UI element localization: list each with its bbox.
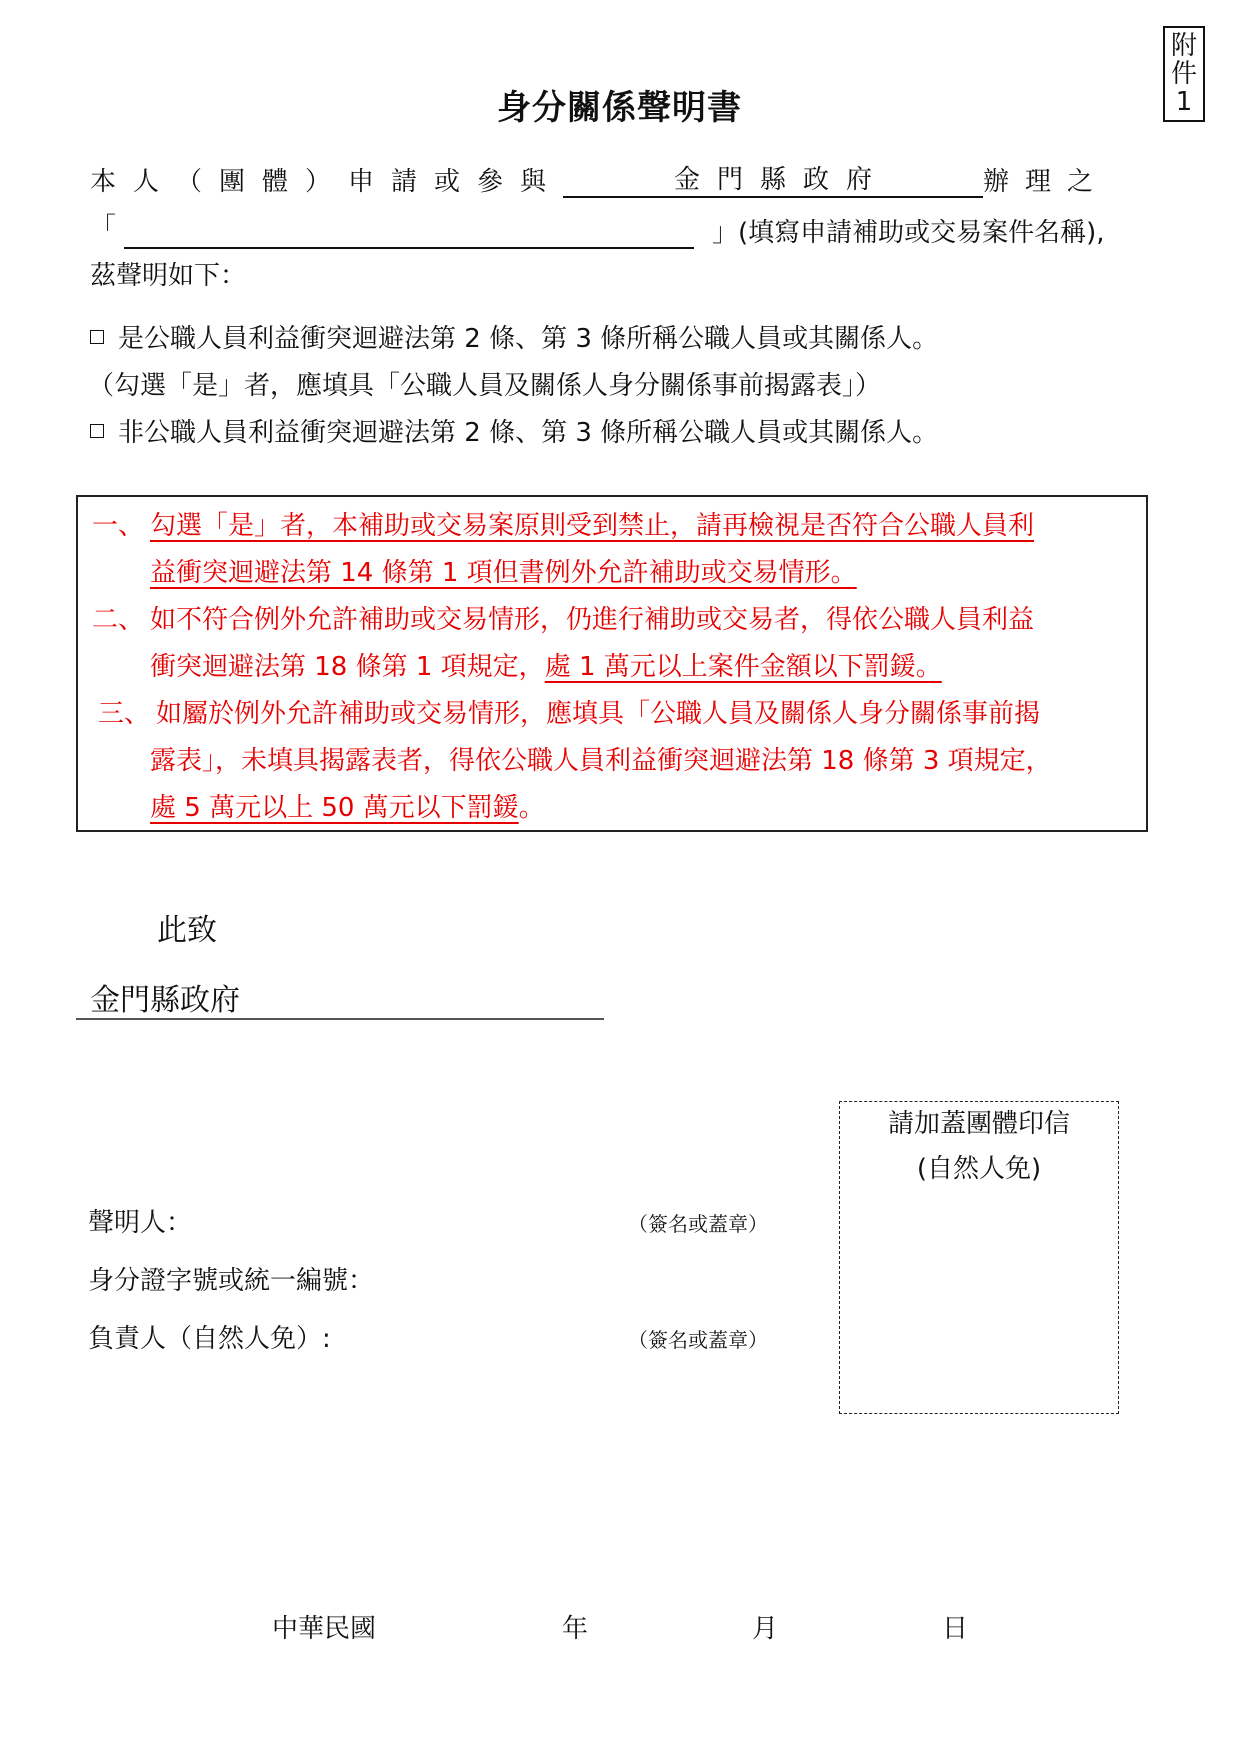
- case-name-hint: 」(填寫申請補助或交易案件名稱),: [712, 212, 1105, 249]
- date-era: 中華民國: [272, 1608, 376, 1645]
- penalty-notice-box: 一、勾選「是」者，本補助或交易案原則受到禁止，請再檢視是否符合公職人員利 益衝突…: [76, 495, 1148, 832]
- notice-1-line-2: 益衝突迴避法第 14 條第 1 項但書例外允許補助或交易情形。: [150, 558, 857, 588]
- notice-3-line-2: 露表」，未填具揭露表者，得依公職人員利益衝突迴避法第 18 條第 3 項規定，: [150, 746, 1052, 776]
- case-open-bracket: 「: [90, 207, 116, 244]
- option-no-label: 非公職人員利益衝突迴避法第 2 條、第 3 條所稱公職人員或其關係人。: [118, 418, 938, 448]
- date-month-label: 月: [752, 1608, 778, 1645]
- notice-3-number: 三、: [98, 691, 156, 738]
- id-number-label: 身分證字號或統一編號：: [88, 1260, 374, 1297]
- option-yes-note: （勾選「是」者，應填具「公職人員及關係人身分關係事前揭露表」）: [88, 365, 881, 402]
- notice-1-line-1: 勾選「是」者，本補助或交易案原則受到禁止，請再檢視是否符合公職人員利: [150, 511, 1034, 541]
- intro-suffix: 辦理之: [983, 161, 1109, 198]
- seal-box[interactable]: 請加蓋團體印信 (自然人免): [839, 1101, 1119, 1414]
- declare-intro: 茲聲明如下：: [90, 255, 246, 292]
- intro-prefix: 本人（團體）申請或參與: [90, 161, 563, 198]
- seal-box-instruction: 請加蓋團體印信: [840, 1102, 1118, 1147]
- notice-2-number: 二、: [92, 597, 150, 644]
- representative-label: 負責人（自然人免）:: [88, 1318, 331, 1355]
- notice-item-3: 三、如屬於例外允許補助或交易情形，應填具「公職人員及關係人身分關係事前揭 露表」…: [98, 691, 1138, 832]
- declarant-name-label: 聲明人：: [88, 1202, 192, 1239]
- agency-field-value: 金門縣政府: [674, 165, 889, 195]
- notice-2-line-1: 如不符合例外允許補助或交易情形，仍進行補助或交易者，得依公職人員利益: [150, 605, 1034, 635]
- attachment-badge-char1: 附: [1171, 32, 1197, 60]
- notice-2-line-2: 衝突迴避法第 18 條第 1 項規定，: [150, 652, 545, 682]
- case-name-field[interactable]: [124, 217, 694, 249]
- notice-3-penalty: 處 5 萬元以上 50 萬元以下罰鍰: [150, 793, 519, 823]
- option-yes-label: 是公職人員利益衝突迴避法第 2 條、第 3 條所稱公職人員或其關係人。: [118, 324, 938, 354]
- notice-1-number: 一、: [92, 503, 150, 550]
- recipient: 金門縣政府: [90, 975, 240, 1019]
- recipient-underline: [76, 1018, 604, 1020]
- notice-3-end: 。: [519, 793, 545, 823]
- checkbox-yes[interactable]: [90, 330, 104, 344]
- declarant-sign-hint: （簽名或蓋章）: [628, 1208, 768, 1237]
- date-day-label: 日: [942, 1608, 968, 1645]
- checkbox-no[interactable]: [90, 424, 104, 438]
- notice-3-line-1: 如屬於例外允許補助或交易情形，應填具「公職人員及關係人身分關係事前揭: [156, 699, 1040, 729]
- notice-item-1: 一、勾選「是」者，本補助或交易案原則受到禁止，請再檢視是否符合公職人員利 益衝突…: [92, 503, 1132, 597]
- notice-2-penalty: 處 1 萬元以上案件金額以下罰鍰。: [545, 652, 942, 682]
- document-title: 身分關係聲明書: [0, 80, 1239, 129]
- option-yes: 是公職人員利益衝突迴避法第 2 條、第 3 條所稱公職人員或其關係人。: [90, 318, 938, 355]
- intro-line-1: 本人（團體）申請或參與 金門縣政府 辦理之: [90, 158, 1160, 198]
- option-no: 非公職人員利益衝突迴避法第 2 條、第 3 條所稱公職人員或其關係人。: [90, 412, 938, 449]
- notice-item-2: 二、如不符合例外允許補助或交易情形，仍進行補助或交易者，得依公職人員利益 衝突迴…: [92, 597, 1132, 691]
- agency-field[interactable]: 金門縣政府: [563, 159, 983, 198]
- salutation: 此致: [157, 905, 217, 949]
- date-year-label: 年: [562, 1608, 588, 1645]
- representative-sign-hint: （簽名或蓋章）: [628, 1324, 768, 1353]
- seal-box-exemption: (自然人免): [840, 1147, 1118, 1192]
- intro-line-2: 「 」(填寫申請補助或交易案件名稱),: [90, 205, 1190, 249]
